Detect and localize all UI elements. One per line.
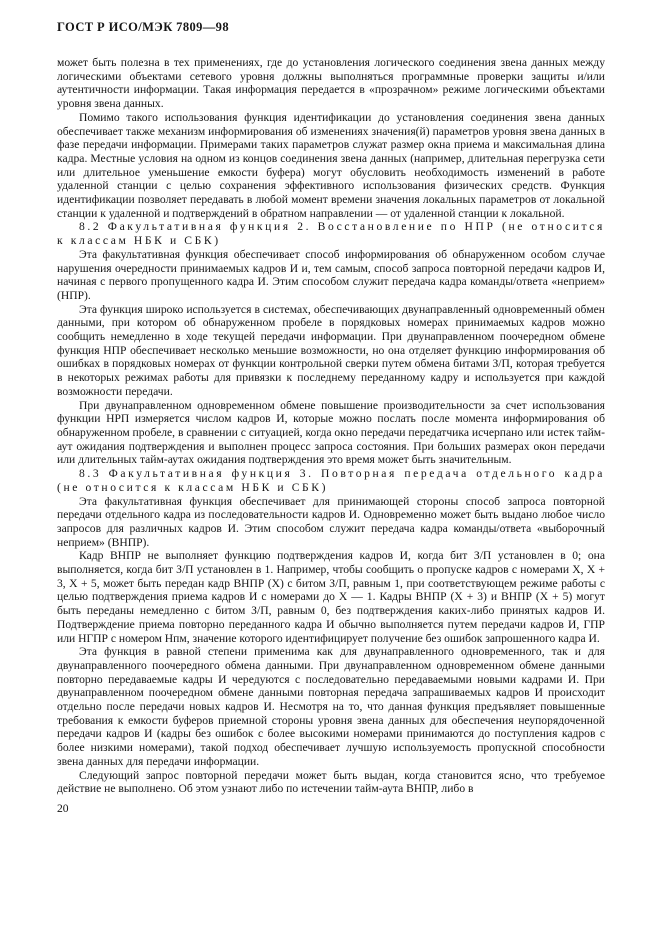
- paragraph: Эта факультативная функция обеспечивает …: [57, 248, 605, 303]
- paragraph: Эта функция в равной степени применима к…: [57, 645, 605, 768]
- paragraph: Эта факультативная функция обеспечивает …: [57, 495, 605, 550]
- running-header: ГОСТ Р ИСО/МЭК 7809—98: [57, 20, 605, 35]
- paragraph: Эта функция широко используется в систем…: [57, 303, 605, 399]
- section-heading-8-3: 8.3 Факультативная функция 3. Повторная …: [57, 467, 605, 494]
- paragraph: Следующий запрос повторной передачи може…: [57, 769, 605, 796]
- paragraph: Помимо такого использования функция иден…: [57, 111, 605, 221]
- document-body: может быть полезна в тех применениях, гд…: [57, 56, 605, 796]
- paragraph: Кадр ВНПР не выполняет функцию подтвержд…: [57, 549, 605, 645]
- paragraph: При двунаправленном одновременном обмене…: [57, 399, 605, 468]
- page-number: 20: [57, 802, 605, 815]
- document-page: ГОСТ Р ИСО/МЭК 7809—98 может быть полезн…: [0, 0, 661, 936]
- section-heading-8-2: 8.2 Факультативная функция 2. Восстановл…: [57, 220, 605, 247]
- paragraph-continuation: может быть полезна в тех применениях, гд…: [57, 56, 605, 111]
